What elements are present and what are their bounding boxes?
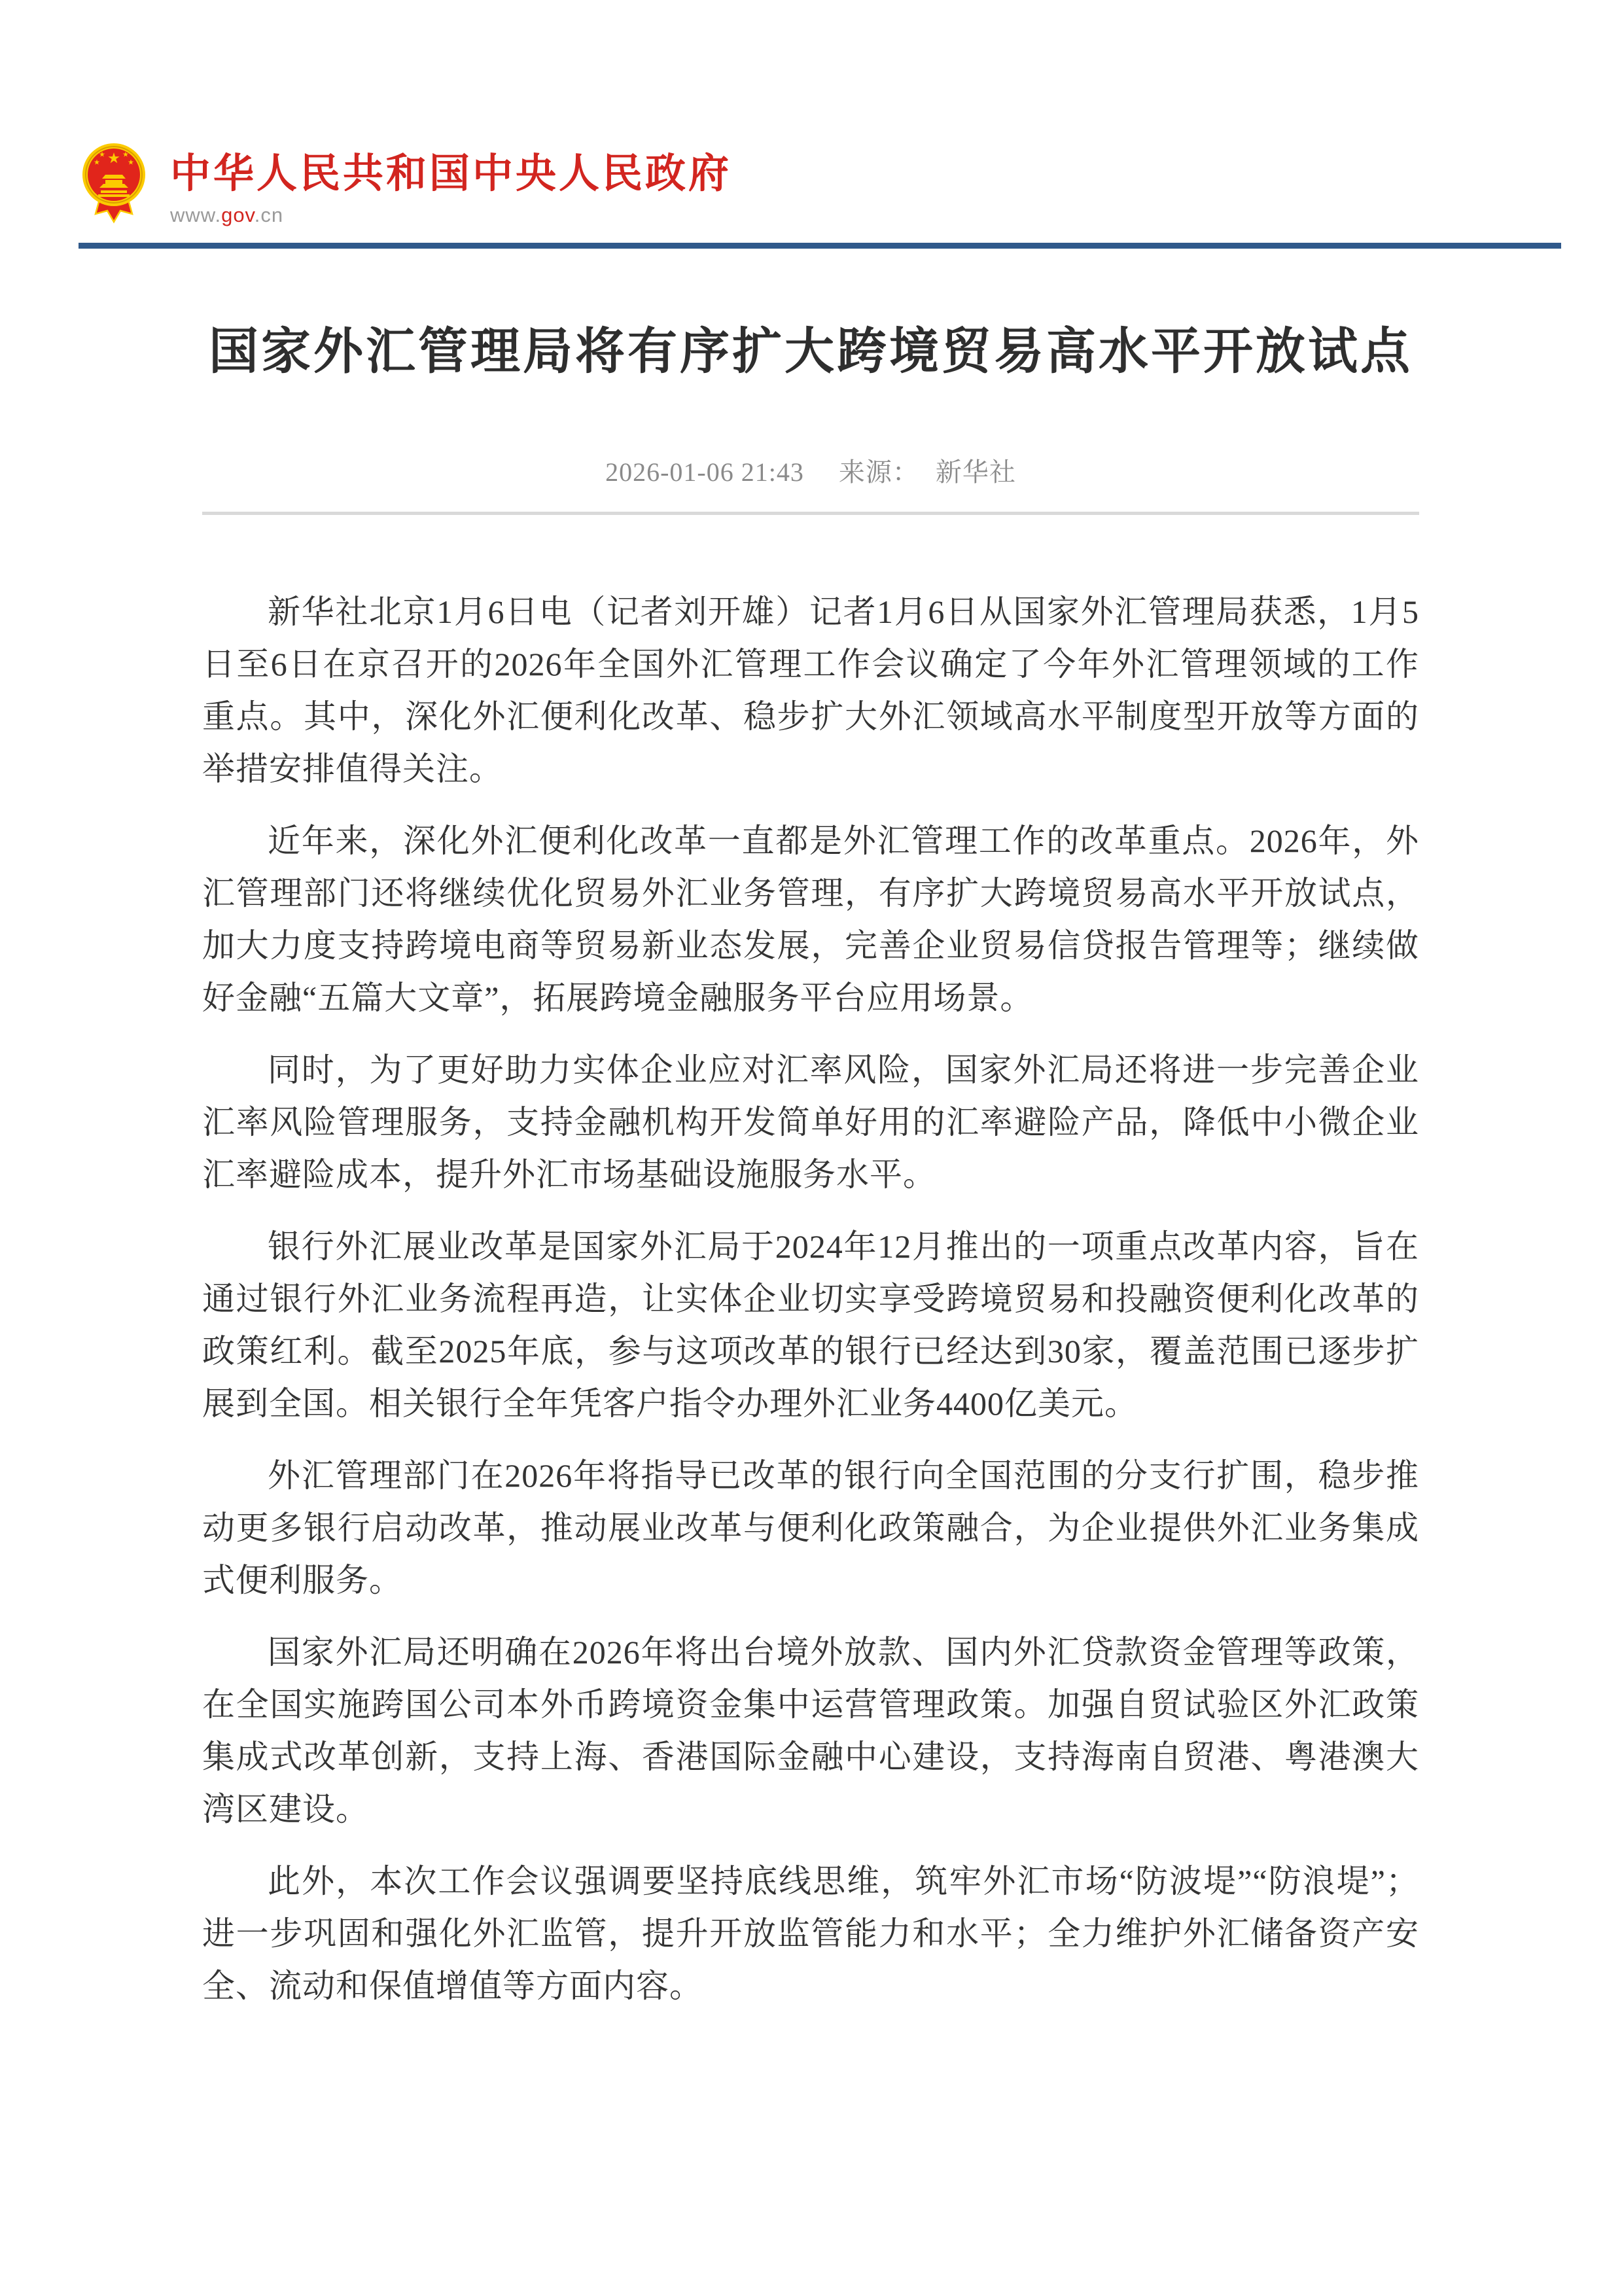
meta-divider	[202, 512, 1419, 515]
paragraph: 国家外汇局还明确在2026年将出台境外放款、国内外汇贷款资金管理等政策，在全国实…	[202, 1626, 1419, 1835]
source-name: 新华社	[936, 457, 1016, 487]
paragraph: 新华社北京1月6日电（记者刘开雄）记者1月6日从国家外汇管理局获悉，1月5日至6…	[202, 586, 1419, 795]
source-label: 来源：	[839, 457, 919, 487]
article: 国家外汇管理局将有序扩大跨境贸易高水平开放试点 2026-01-06 21:43…	[202, 0, 1419, 2032]
national-emblem-icon	[81, 141, 147, 227]
article-body: 新华社北京1月6日电（记者刘开雄）记者1月6日从国家外汇管理局获悉，1月5日至6…	[202, 586, 1419, 2012]
publish-datetime: 2026-01-06 21:43	[605, 457, 804, 487]
article-title: 国家外汇管理局将有序扩大跨境贸易高水平开放试点	[202, 321, 1419, 383]
paragraph: 近年来，深化外汇便利化改革一直都是外汇管理工作的改革重点。2026年，外汇管理部…	[202, 815, 1419, 1024]
paragraph: 同时，为了更好助力实体企业应对汇率风险，国家外汇局还将进一步完善企业汇率风险管理…	[202, 1044, 1419, 1201]
article-meta: 2026-01-06 21:43 来源： 新华社	[202, 457, 1419, 488]
paragraph: 外汇管理部门在2026年将指导已改革的银行向全国范围的分支行扩围，稳步推动更多银…	[202, 1449, 1419, 1606]
paragraph: 银行外汇展业改革是国家外汇局于2024年12月推出的一项重点改革内容，旨在通过银…	[202, 1220, 1419, 1430]
paragraph: 此外，本次工作会议强调要坚持底线思维，筑牢外汇市场“防波堤”“防浪堤”；进一步巩…	[202, 1855, 1419, 2012]
